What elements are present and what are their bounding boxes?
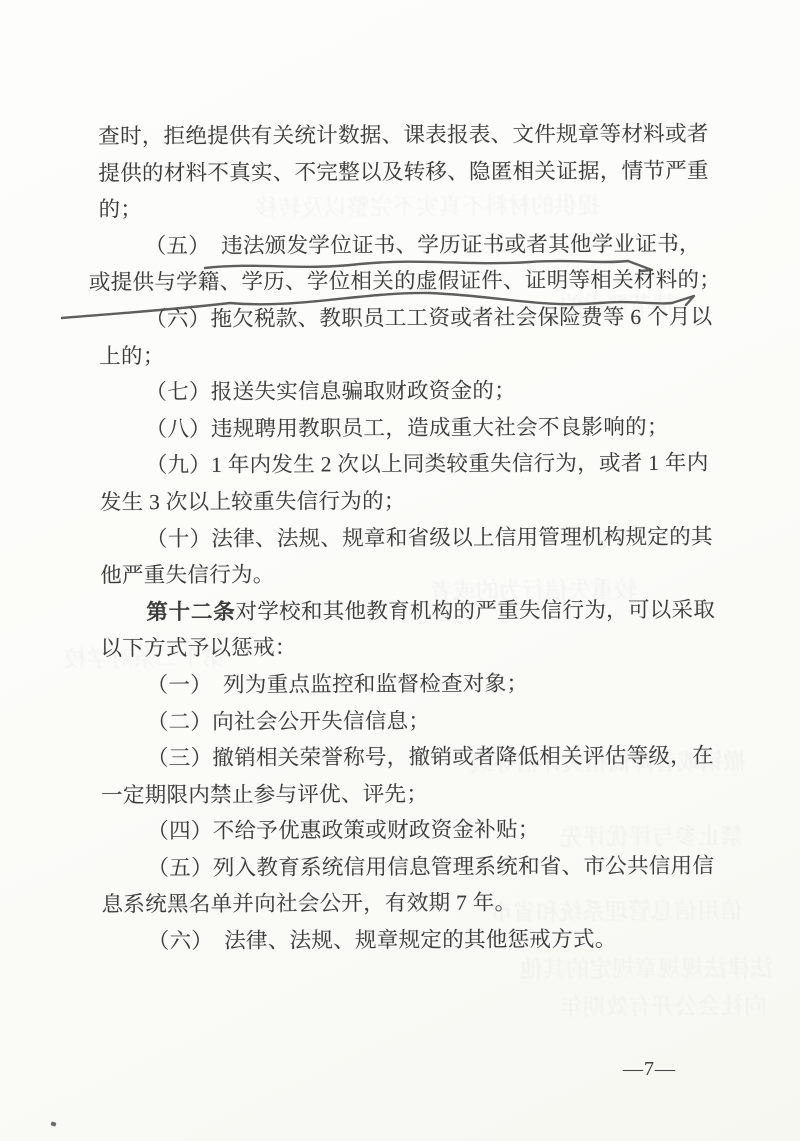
text-line: （六） 法律、法规、规章规定的其他惩戒方式。 (102, 921, 718, 960)
text-line: 息系统黑名单并向社会公开，有效期 7 年。 (102, 884, 718, 923)
text-line: 一定期限内禁止参与评优、评先； (101, 774, 717, 813)
text-line: （五）列入教育系统信用信息管理系统和省、市公共信用信 (101, 848, 717, 887)
line-text: （二）向社会公开失信信息； (147, 708, 431, 733)
line-text: （七）报送失实信息骗取财政资金的； (145, 379, 516, 405)
line-text: （四）不给予优惠政策或财政资金补贴； (147, 818, 540, 844)
line-text: 发生 3 次以上较重失信行为的； (100, 489, 406, 514)
text-line: （十）法律、法规、规章和省级以上信用管理机构规定的其 (100, 518, 716, 557)
line-text: 的； (99, 197, 143, 221)
line-text: （六） 法律、法规、规章规定的其他惩戒方式。 (148, 927, 617, 953)
text-line: 提供的材料不真实、不完整以及转移、隐匿相关证据，情节严重 (98, 152, 714, 191)
page-number: —7— (623, 1058, 676, 1081)
text-line: （七）报送失实信息骗取财政资金的； (99, 372, 715, 411)
document-page: 提供的材料不真实不完整以及转移 情节严重的 较重失信行为的或者 第十二条对学校 … (0, 0, 800, 1141)
line-text: （八）违规聘用教职员工，造成重大社会不良影响的； (145, 415, 668, 441)
text-line-underlined: 或提供与学籍、学历、学位相关的虚假证件、证明等相关材料的； (89, 262, 715, 301)
text-line: 发生 3 次以上较重失信行为的； (100, 482, 716, 521)
text-line: （九）1 年内发生 2 次以上同类较重失信行为，或者 1 年内 (100, 445, 716, 484)
line-text: 上的； (99, 344, 165, 368)
text-line: 查时，拒绝提供有关统计数据、课表报表、文件规章等材料或者 (98, 116, 714, 155)
text-line: （一） 列为重点监控和监督检查对象； (101, 665, 717, 704)
text-line: （三）撤销相关荣誉称号，撤销或者降低相关评估等级，在 (101, 738, 717, 777)
text-line: 以下方式予以惩戒： (100, 628, 716, 667)
line-text: （一） 列为重点监控和监督检查对象； (147, 671, 529, 697)
line-text: 一定期限内禁止参与评优、评先； (101, 782, 428, 807)
text-line-underlined: （五） 违法颁发学位证书、学历证书或者其他学业证书， (99, 225, 715, 264)
ink-speck (50, 1121, 56, 1126)
line-text: 或提供与学籍、学历、学位相关的虚假证件、证明等相关材料的； (89, 268, 721, 295)
line-text: 他严重失信行为。 (100, 563, 275, 588)
document-body: 查时，拒绝提供有关统计数据、课表报表、文件规章等材料或者 提供的材料不真实、不完… (98, 116, 718, 960)
text-line: 上的； (99, 335, 715, 374)
text-line: 他严重失信行为。 (100, 555, 716, 594)
text-line: （八）违规聘用教职员工，造成重大社会不良影响的； (99, 408, 715, 447)
line-text: （五）列入教育系统信用信息管理系统和省、市公共信用信 (147, 854, 714, 880)
text-line: 的； (98, 189, 714, 228)
text-line: （四）不给予优惠政策或财政资金补贴； (101, 811, 717, 850)
text-line: （六）拖欠税款、教职员工工资或者社会保险费等 6 个月以 (99, 299, 715, 338)
text-line-article-heading: 第十二条对学校和其他教育机构的严重失信行为，可以采取 (100, 591, 716, 630)
line-text: 查时，拒绝提供有关统计数据、课表报表、文件规章等材料或者 (98, 122, 709, 149)
line-text: （三）撤销相关荣誉称号，撤销或者降低相关评估等级，在 (147, 744, 714, 770)
bleedthrough-text: 向社会公开有效期年 (560, 987, 767, 1021)
line-text: （六）拖欠税款、教职员工工资或者社会保险费等 6 个月以 (145, 305, 713, 331)
article-number-bold: 第十二条 (146, 599, 235, 623)
line-text: 息系统黑名单并向社会公开，有效期 7 年。 (102, 891, 517, 917)
text-line: （二）向社会公开失信信息； (101, 701, 717, 740)
line-text: 提供的材料不真实、不完整以及转移、隐匿相关证据，情节严重 (98, 158, 709, 185)
line-text: 以下方式予以惩戒： (100, 636, 296, 661)
line-text: （九）1 年内发生 2 次以上同类较重失信行为，或者 1 年内 (146, 451, 709, 477)
line-text: 对学校和其他教育机构的严重失信行为，可以采取 (235, 597, 715, 623)
line-text: （十）法律、法规、规章和省级以上信用管理机构规定的其 (146, 524, 713, 550)
line-text: （五） 违法颁发学位证书、学历证书或者其他学业证书， (145, 232, 701, 258)
